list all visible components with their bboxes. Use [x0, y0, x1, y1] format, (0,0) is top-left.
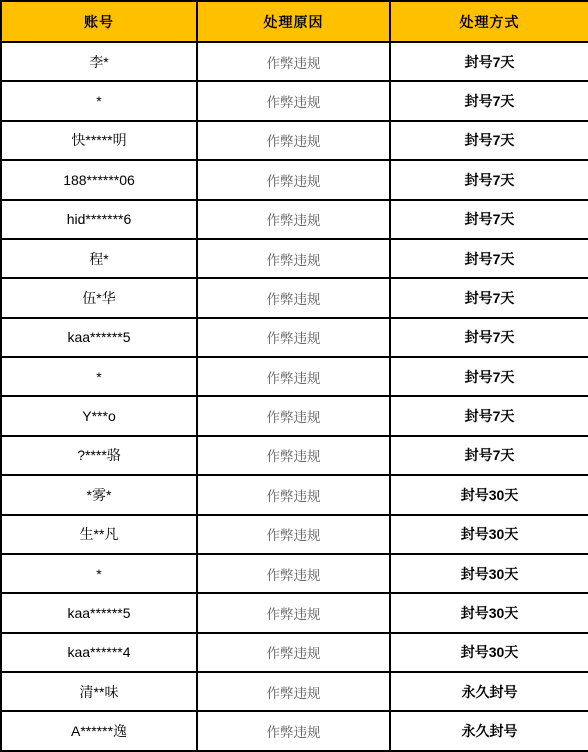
table-row: 清**味 作弊违规 永久封号	[1, 672, 588, 711]
account-cell: hid*******6	[1, 200, 197, 239]
account-cell: 快*****明	[1, 121, 197, 160]
header-account: 账号	[1, 1, 197, 42]
account-cell: 程*	[1, 239, 197, 278]
table-row: 程* 作弊违规 封号7天	[1, 239, 588, 278]
account-cell: *	[1, 554, 197, 593]
reason-cell: 作弊违规	[197, 396, 390, 435]
account-cell: kaa******5	[1, 593, 197, 632]
action-cell: 封号30天	[390, 593, 588, 632]
account-cell: 清**味	[1, 672, 197, 711]
reason-cell: 作弊违规	[197, 515, 390, 554]
reason-cell: 作弊违规	[197, 672, 390, 711]
table-row: 快*****明 作弊违规 封号7天	[1, 121, 588, 160]
table-row: 李* 作弊违规 封号7天	[1, 42, 588, 81]
action-cell: 封号7天	[390, 81, 588, 120]
action-cell: 封号30天	[390, 515, 588, 554]
reason-cell: 作弊违规	[197, 633, 390, 672]
action-cell: 封号30天	[390, 554, 588, 593]
account-cell: *	[1, 81, 197, 120]
reason-cell: 作弊违规	[197, 160, 390, 199]
action-cell: 封号30天	[390, 475, 588, 514]
account-cell: ?****骆	[1, 436, 197, 475]
action-cell: 封号7天	[390, 357, 588, 396]
table-row: hid*******6 作弊违规 封号7天	[1, 200, 588, 239]
table-row: 生**凡 作弊违规 封号30天	[1, 515, 588, 554]
reason-cell: 作弊违规	[197, 200, 390, 239]
table-row: *雾* 作弊违规 封号30天	[1, 475, 588, 514]
table-row: kaa******5 作弊违规 封号7天	[1, 318, 588, 357]
account-cell: 李*	[1, 42, 197, 81]
action-cell: 封号7天	[390, 278, 588, 317]
action-cell: 封号7天	[390, 121, 588, 160]
account-cell: Y***o	[1, 396, 197, 435]
table-body: 李* 作弊违规 封号7天 * 作弊违规 封号7天 快*****明 作弊违规 封号…	[1, 42, 588, 751]
action-cell: 永久封号	[390, 711, 588, 751]
table-row: * 作弊违规 封号7天	[1, 81, 588, 120]
account-cell: 生**凡	[1, 515, 197, 554]
table-row: A******逸 作弊违规 永久封号	[1, 711, 588, 751]
action-cell: 封号7天	[390, 239, 588, 278]
table-row: 188******06 作弊违规 封号7天	[1, 160, 588, 199]
reason-cell: 作弊违规	[197, 475, 390, 514]
account-cell: 伍*华	[1, 278, 197, 317]
reason-cell: 作弊违规	[197, 711, 390, 751]
reason-cell: 作弊违规	[197, 554, 390, 593]
action-cell: 永久封号	[390, 672, 588, 711]
header-action: 处理方式	[390, 1, 588, 42]
action-cell: 封号7天	[390, 318, 588, 357]
action-cell: 封号7天	[390, 200, 588, 239]
action-cell: 封号7天	[390, 42, 588, 81]
table-row: Y***o 作弊违规 封号7天	[1, 396, 588, 435]
table-header: 账号 处理原因 处理方式	[1, 1, 588, 42]
table-row: 伍*华 作弊违规 封号7天	[1, 278, 588, 317]
account-cell: kaa******5	[1, 318, 197, 357]
ban-list-table: 账号 处理原因 处理方式 李* 作弊违规 封号7天 * 作弊违规 封号7天 快*…	[0, 0, 588, 752]
account-cell: 188******06	[1, 160, 197, 199]
account-cell: kaa******4	[1, 633, 197, 672]
header-row: 账号 处理原因 处理方式	[1, 1, 588, 42]
table-row: * 作弊违规 封号7天	[1, 357, 588, 396]
reason-cell: 作弊违规	[197, 81, 390, 120]
account-cell: *	[1, 357, 197, 396]
table-row: ?****骆 作弊违规 封号7天	[1, 436, 588, 475]
action-cell: 封号7天	[390, 160, 588, 199]
account-cell: *雾*	[1, 475, 197, 514]
table-row: * 作弊违规 封号30天	[1, 554, 588, 593]
reason-cell: 作弊违规	[197, 357, 390, 396]
action-cell: 封号30天	[390, 633, 588, 672]
action-cell: 封号7天	[390, 436, 588, 475]
table-row: kaa******5 作弊违规 封号30天	[1, 593, 588, 632]
reason-cell: 作弊违规	[197, 318, 390, 357]
reason-cell: 作弊违规	[197, 278, 390, 317]
reason-cell: 作弊违规	[197, 121, 390, 160]
reason-cell: 作弊违规	[197, 239, 390, 278]
table-row: kaa******4 作弊违规 封号30天	[1, 633, 588, 672]
account-cell: A******逸	[1, 711, 197, 751]
reason-cell: 作弊违规	[197, 593, 390, 632]
action-cell: 封号7天	[390, 396, 588, 435]
header-reason: 处理原因	[197, 1, 390, 42]
reason-cell: 作弊违规	[197, 436, 390, 475]
reason-cell: 作弊违规	[197, 42, 390, 81]
